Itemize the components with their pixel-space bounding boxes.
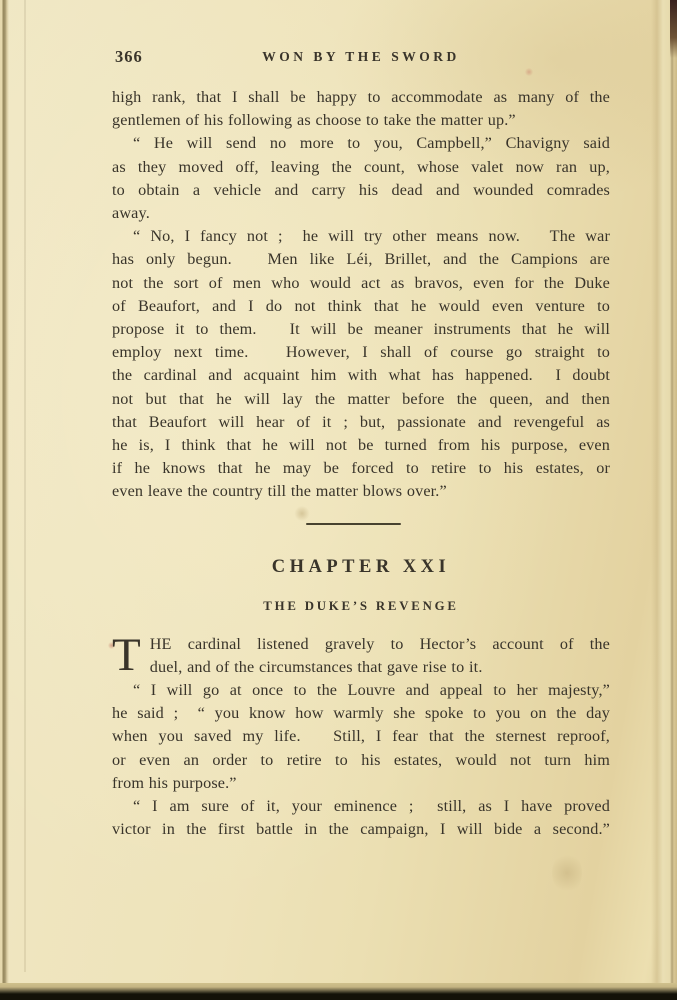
text-line: he is, I think that he will not be turne… [112,434,610,457]
text-line: of Beaufort, and I do not think that he … [112,295,610,318]
separator-rule [306,523,401,525]
text-line: high rank, that I shall be happy to acco… [112,86,610,109]
chapter-heading: CHAPTER XXI [112,557,610,578]
body-text: high rank, that I shall be happy to acco… [112,86,610,504]
page-number: 366 [115,47,143,67]
text-line: from his purpose.” [112,772,610,795]
text-column: 366 WON BY THE SWORD high rank, that I s… [112,0,610,841]
text-line: to obtain a vehicle and carry his dead a… [112,179,610,202]
chapter-subheading: THE DUKE’S REVENGE [112,599,610,614]
text-line: gentlemen of his following as choose to … [112,109,610,132]
text-line: as they moved off, leaving the count, wh… [112,156,610,179]
text-line: HE cardinal listened gravely to Hector’s… [112,633,610,656]
paragraph: “ I am sure of it, your eminence ; still… [112,795,610,841]
page-edge-right [651,0,677,986]
paragraph: “ No, I fancy not ; he will try other me… [112,225,610,503]
text-line: propose it to them. It will be meaner in… [112,318,610,341]
text-line: “ I will go at once to the Louvre and ap… [112,679,610,702]
paragraph: THE cardinal listened gravely to Hector’… [112,633,610,679]
paper-stain [552,852,582,894]
text-line: not the sort of men who would act as bra… [112,272,610,295]
text-line: “ He will send no more to you, Campbell,… [112,132,610,155]
text-line: he said ; “ you know how warmly she spok… [112,702,610,725]
page-crease [24,0,26,972]
book-scan: 366 WON BY THE SWORD high rank, that I s… [0,0,677,1000]
paragraph: high rank, that I shall be happy to acco… [112,86,610,132]
drop-cap: T [112,635,141,675]
paragraph: “ He will send no more to you, Campbell,… [112,132,610,225]
text-line: employ next time. However, I shall of co… [112,341,610,364]
text-line: when you saved my life. Still, I fear th… [112,725,610,748]
book-page: 366 WON BY THE SWORD high rank, that I s… [0,0,677,986]
page-edge-left [0,0,9,986]
page-edge-bottom [0,983,677,1000]
text-line: even leave the country till the matter b… [112,480,610,503]
running-title: WON BY THE SWORD [112,46,610,65]
text-line: “ I am sure of it, your eminence ; still… [112,795,610,818]
text-line: duel, and of the circumstances that gave… [112,656,610,679]
text-line: has only begun. Men like Léi, Brillet, a… [112,248,610,271]
text-line: “ No, I fancy not ; he will try other me… [112,225,610,248]
text-line: if he knows that he may be forced to ret… [112,457,610,480]
page-header: 366 WON BY THE SWORD [112,46,610,65]
text-line: not but that he will lay the matter befo… [112,388,610,411]
binding-corner [670,0,677,58]
paragraph: “ I will go at once to the Louvre and ap… [112,679,610,795]
text-line: or even an order to retire to his estate… [112,749,610,772]
chapter-text: THE cardinal listened gravely to Hector’… [112,633,610,842]
text-line: the cardinal and acquaint him with what … [112,364,610,387]
text-line: away. [112,202,610,225]
text-line: that Beaufort will hear of it ; but, pas… [112,411,610,434]
text-line: victor in the first battle in the campai… [112,818,610,841]
